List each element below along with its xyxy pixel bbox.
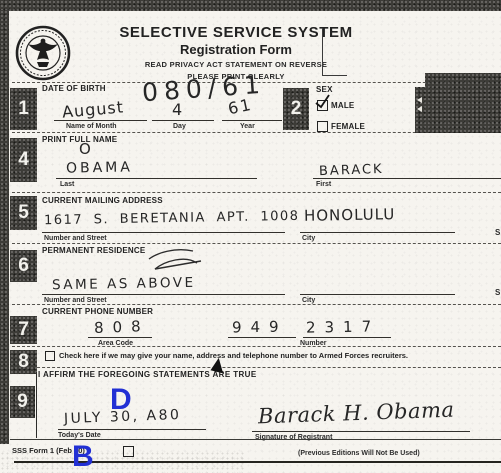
scribble-mark [145, 247, 205, 275]
female-option-label: FEMALE [331, 122, 365, 131]
phone-right-field[interactable] [303, 337, 391, 338]
footer-checkbox[interactable] [123, 446, 134, 457]
divider [12, 346, 501, 347]
todays-date-sublabel: Today's Date [58, 432, 101, 439]
dob-month-sublabel: Name of Month [66, 123, 117, 130]
divider [12, 192, 501, 193]
last-name-sublabel: Last [60, 181, 74, 188]
dob-year-field[interactable] [222, 120, 282, 121]
last-name-handwriting: OBAMA [66, 159, 133, 176]
street-field[interactable] [42, 232, 285, 233]
area-code-handwriting: 808 [94, 317, 150, 337]
phone-left-field[interactable] [228, 337, 296, 338]
section-1-number: 1 [10, 88, 37, 130]
dob-day-handwriting: 4 [172, 100, 182, 119]
residence-state-sublabel-partial: S [495, 288, 500, 297]
area-code-sublabel: Area Code [98, 340, 133, 347]
todays-date-handwriting: JULY 30, A80 [64, 407, 182, 427]
todays-date-field[interactable] [58, 429, 206, 430]
residence-street-sublabel: Number and Street [44, 297, 107, 304]
dob-year-sublabel: Year [240, 123, 255, 130]
permanent-residence-label: PERMANENT RESIDENCE [42, 246, 145, 255]
section-7-number: 7 [10, 316, 37, 344]
divider [12, 367, 501, 368]
dob-month-field[interactable] [54, 120, 147, 121]
phone-number-sublabel: Number [300, 340, 326, 347]
first-name-sublabel: First [316, 181, 331, 188]
dob-day-field[interactable] [152, 120, 214, 121]
residence-city-sublabel: City [302, 297, 315, 304]
last-name-field[interactable] [56, 178, 257, 179]
section-6-number: 6 [10, 250, 37, 282]
area-code-field[interactable] [88, 337, 152, 338]
residence-street-field[interactable] [42, 294, 285, 295]
residence-handwriting: SAME AS ABOVE [52, 275, 196, 294]
section-9-number: 9 [10, 386, 35, 418]
male-checkmark-icon [313, 92, 331, 110]
redaction-arrow-icon [417, 97, 422, 103]
phone-label: CURRENT PHONE NUMBER [42, 307, 153, 316]
signature-field[interactable] [252, 431, 470, 432]
female-checkbox[interactable] [317, 121, 328, 132]
section-2-number: 2 [283, 88, 309, 130]
dob-year-handwriting: 61 [226, 95, 254, 119]
dob-label: DATE OF BIRTH [42, 84, 106, 93]
phone-right-handwriting: 2317 [306, 317, 380, 336]
section-4-number: 4 [10, 138, 37, 182]
signature-sublabel: Signature of Registrant [255, 434, 332, 441]
redaction-arrow-icon [417, 106, 422, 112]
divider [12, 304, 501, 305]
section-5-number: 5 [10, 196, 37, 230]
street-handwriting: 1617 S. BERETANIA APT. 1008 [44, 209, 300, 228]
city-sublabel: City [302, 235, 315, 242]
section-9-vertical-rule [36, 372, 37, 438]
state-sublabel-partial: S [495, 228, 500, 237]
street-sublabel: Number and Street [44, 235, 107, 242]
residence-city-field[interactable] [300, 294, 455, 295]
registration-form-page: SELECTIVE SERVICE SYSTEM Registration Fo… [0, 0, 501, 473]
scan-left-edge [0, 10, 9, 444]
recruiters-checkbox[interactable] [45, 351, 55, 361]
dob-month-handwriting: August [61, 97, 124, 121]
name-overwrite-handwriting: O [79, 140, 91, 158]
divider [12, 243, 501, 244]
dob-day-sublabel: Day [173, 123, 186, 130]
section-8-number: 8 [10, 350, 37, 374]
previous-editions-note: (Previous Editions Will Not Be Used) [298, 450, 420, 457]
phone-left-handwriting: 949 [232, 318, 288, 337]
affirm-statement: I AFFIRM THE FOREGOING STATEMENTS ARE TR… [38, 370, 257, 379]
registrant-signature-handwriting: Barack H. Obama [258, 398, 455, 429]
recruiters-checkbox-text: Check here if we may give your name, add… [59, 351, 408, 360]
male-option-label: MALE [331, 101, 354, 110]
mailing-address-label: CURRENT MAILING ADDRESS [42, 196, 163, 205]
selective-service-seal-icon [14, 24, 72, 82]
first-name-handwriting: BARACK [319, 162, 384, 179]
scan-top-edge [0, 0, 501, 11]
corner-mark [322, 28, 347, 76]
annotation-b: B [72, 440, 94, 473]
redacted-block [415, 73, 501, 133]
first-name-field[interactable] [313, 178, 501, 179]
city-handwriting: HONOLULU [304, 205, 396, 225]
city-field[interactable] [300, 232, 455, 233]
